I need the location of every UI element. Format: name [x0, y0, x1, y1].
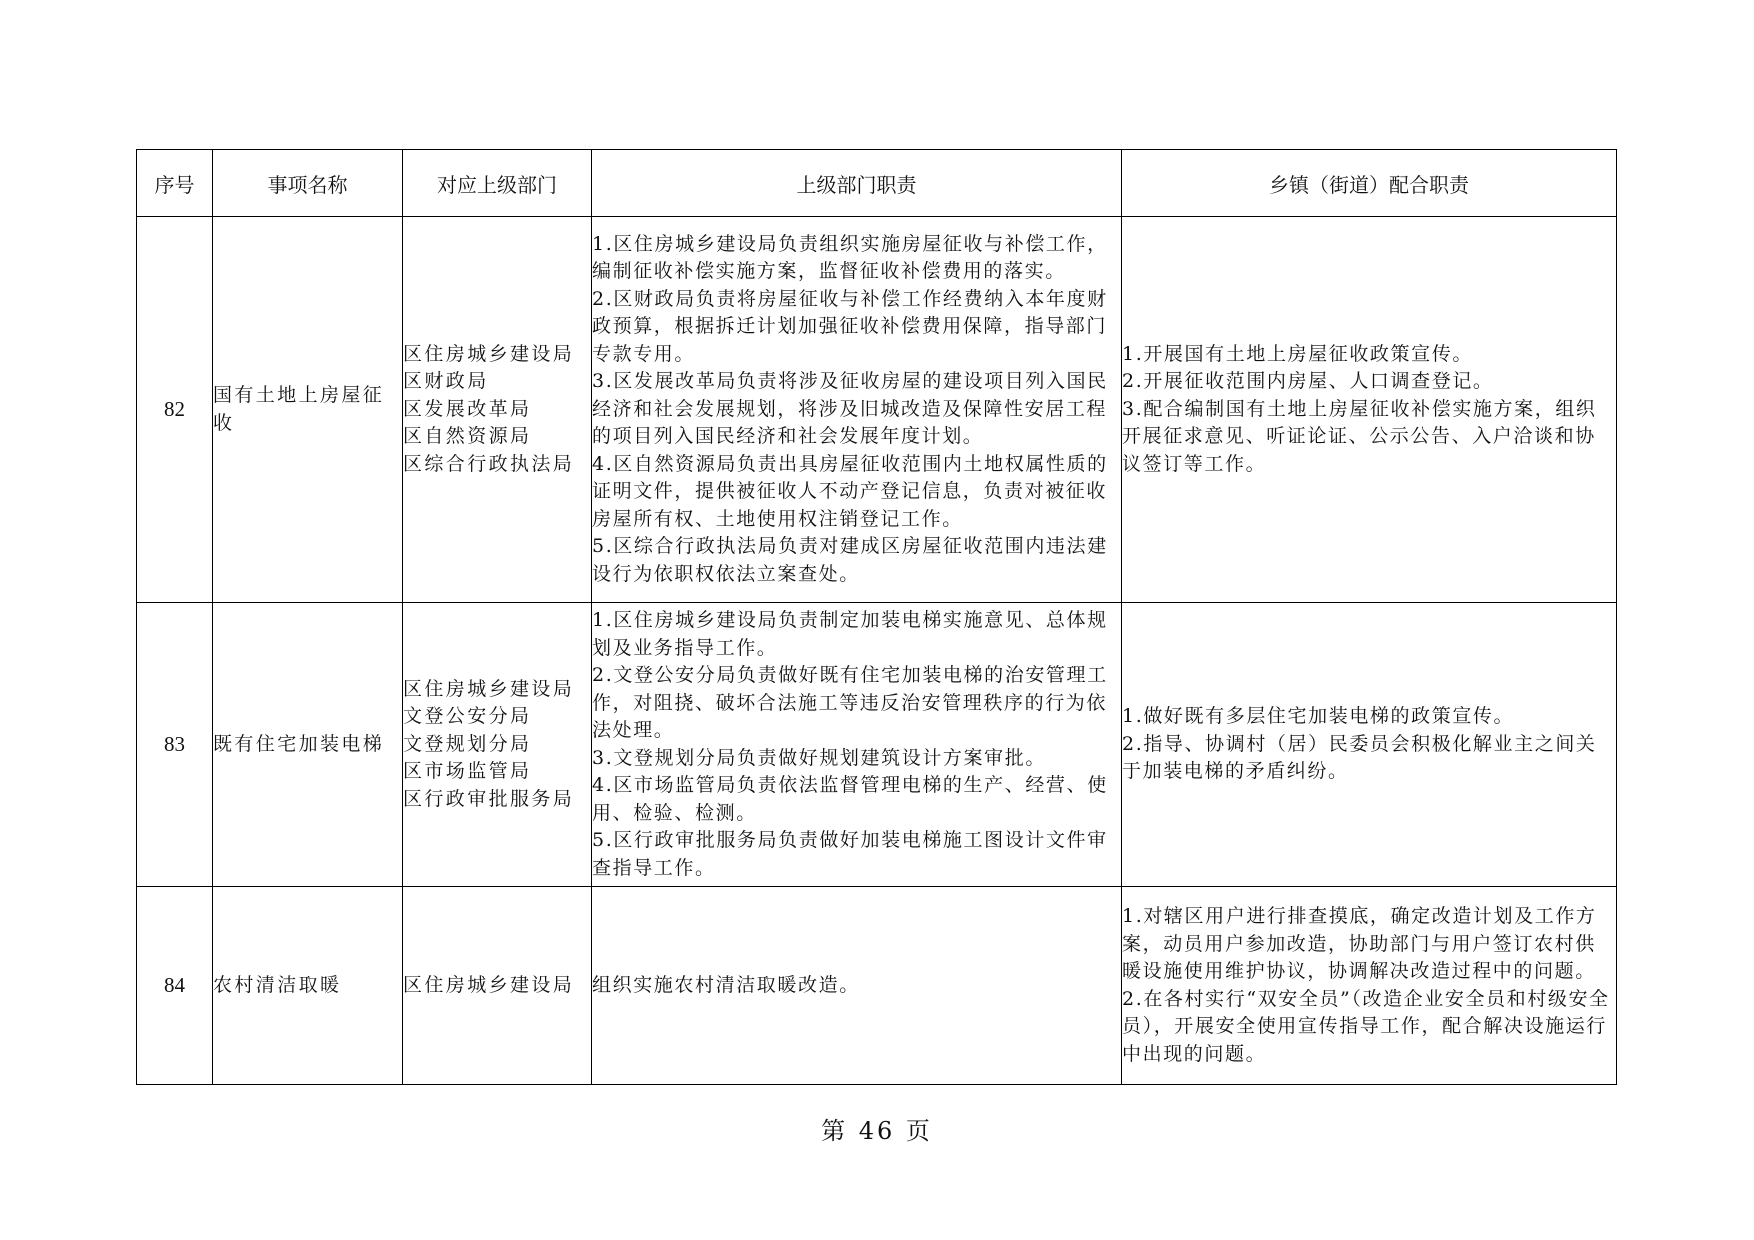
duty-item: 2.在各村实行“双安全员”（改造企业安全员和村级安全员），开展安全使用宣传指导工… [1122, 986, 1616, 1069]
page-number: 第 46 页 [0, 1111, 1754, 1146]
department: 区发展改革局 [403, 396, 591, 424]
duty-item: 组织实施农村清洁取暖改造。 [592, 972, 1121, 1000]
duty-item: 2.开展征收范围内房屋、人口调查登记。 [1122, 368, 1616, 396]
department: 区住房城乡建设局 [403, 972, 591, 1000]
header-superior-duties: 上级部门职责 [592, 150, 1122, 217]
header-departments: 对应上级部门 [403, 150, 592, 217]
header-township-duties: 乡镇（街道）配合职责 [1122, 150, 1617, 217]
superior-duties: 1.区住房城乡建设局负责制定加装电梯实施意见、总体规划及业务指导工作。 2.文登… [592, 603, 1122, 887]
department-list: 区住房城乡建设局 [403, 887, 592, 1085]
table-row: 83 既有住宅加装电梯 区住房城乡建设局 文登公安分局 文登规划分局 区市场监管… [137, 603, 1617, 887]
duty-item: 2.区财政局负责将房屋征收与补偿工作经费纳入本年度财政预算，根据拆迁计划加强征收… [592, 286, 1121, 369]
duty-item: 1.区住房城乡建设局负责组织实施房屋征收与补偿工作，编制征收补偿实施方案，监督征… [592, 231, 1121, 286]
row-number: 82 [137, 217, 213, 603]
item-name: 国有土地上房屋征收 [213, 217, 403, 603]
duty-table: 序号 事项名称 对应上级部门 上级部门职责 乡镇（街道）配合职责 82 国有土地… [136, 149, 1617, 1085]
duty-item: 5.区行政审批服务局负责做好加装电梯施工图设计文件审查指导工作。 [592, 827, 1121, 882]
duty-item: 1.做好既有多层住宅加装电梯的政策宣传。 [1122, 703, 1616, 731]
department: 区综合行政执法局 [403, 451, 591, 479]
township-duties: 1.开展国有土地上房屋征收政策宣传。 2.开展征收范围内房屋、人口调查登记。 3… [1122, 217, 1617, 603]
duty-item: 4.区市场监管局负责依法监督管理电梯的生产、经营、使用、检验、检测。 [592, 772, 1121, 827]
department: 区住房城乡建设局 [403, 676, 591, 704]
department: 文登公安分局 [403, 703, 591, 731]
department-list: 区住房城乡建设局 文登公安分局 文登规划分局 区市场监管局 区行政审批服务局 [403, 603, 592, 887]
township-duties: 1.对辖区用户进行排查摸底，确定改造计划及工作方案，动员用户参加改造，协助部门与… [1122, 887, 1617, 1085]
duty-item: 2.指导、协调村（居）民委员会积极化解业主之间关于加装电梯的矛盾纠纷。 [1122, 731, 1616, 786]
duty-item: 1.区住房城乡建设局负责制定加装电梯实施意见、总体规划及业务指导工作。 [592, 607, 1121, 662]
duty-item: 3.文登规划分局负责做好规划建筑设计方案审批。 [592, 745, 1121, 773]
table-row: 84 农村清洁取暖 区住房城乡建设局 组织实施农村清洁取暖改造。 1.对辖区用户… [137, 887, 1617, 1085]
department: 区自然资源局 [403, 423, 591, 451]
header-no: 序号 [137, 150, 213, 217]
duty-item: 2.文登公安分局负责做好既有住宅加装电梯的治安管理工作，对阻挠、破坏合法施工等违… [592, 662, 1121, 745]
header-item: 事项名称 [213, 150, 403, 217]
superior-duties: 1.区住房城乡建设局负责组织实施房屋征收与补偿工作，编制征收补偿实施方案，监督征… [592, 217, 1122, 603]
duty-item: 1.对辖区用户进行排查摸底，确定改造计划及工作方案，动员用户参加改造，协助部门与… [1122, 903, 1616, 986]
department-list: 区住房城乡建设局 区财政局 区发展改革局 区自然资源局 区综合行政执法局 [403, 217, 592, 603]
duty-item: 4.区自然资源局负责出具房屋征收范围内土地权属性质的证明文件，提供被征收人不动产… [592, 451, 1121, 534]
header-row: 序号 事项名称 对应上级部门 上级部门职责 乡镇（街道）配合职责 [137, 150, 1617, 217]
superior-duties: 组织实施农村清洁取暖改造。 [592, 887, 1122, 1085]
department: 区市场监管局 [403, 758, 591, 786]
duty-item: 3.区发展改革局负责将涉及征收房屋的建设项目列入国民经济和社会发展规划，将涉及旧… [592, 368, 1121, 451]
duty-item: 3.配合编制国有土地上房屋征收补偿实施方案，组织开展征求意见、听证论证、公示公告… [1122, 396, 1616, 479]
department: 区行政审批服务局 [403, 786, 591, 814]
duty-item: 1.开展国有土地上房屋征收政策宣传。 [1122, 341, 1616, 369]
duty-item: 5.区综合行政执法局负责对建成区房屋征收范围内违法建设行为依职权依法立案查处。 [592, 533, 1121, 588]
department: 区财政局 [403, 368, 591, 396]
row-number: 84 [137, 887, 213, 1085]
department: 文登规划分局 [403, 731, 591, 759]
item-name: 农村清洁取暖 [213, 887, 403, 1085]
table-row: 82 国有土地上房屋征收 区住房城乡建设局 区财政局 区发展改革局 区自然资源局… [137, 217, 1617, 603]
department: 区住房城乡建设局 [403, 341, 591, 369]
township-duties: 1.做好既有多层住宅加装电梯的政策宣传。 2.指导、协调村（居）民委员会积极化解… [1122, 603, 1617, 887]
item-name: 既有住宅加装电梯 [213, 603, 403, 887]
row-number: 83 [137, 603, 213, 887]
